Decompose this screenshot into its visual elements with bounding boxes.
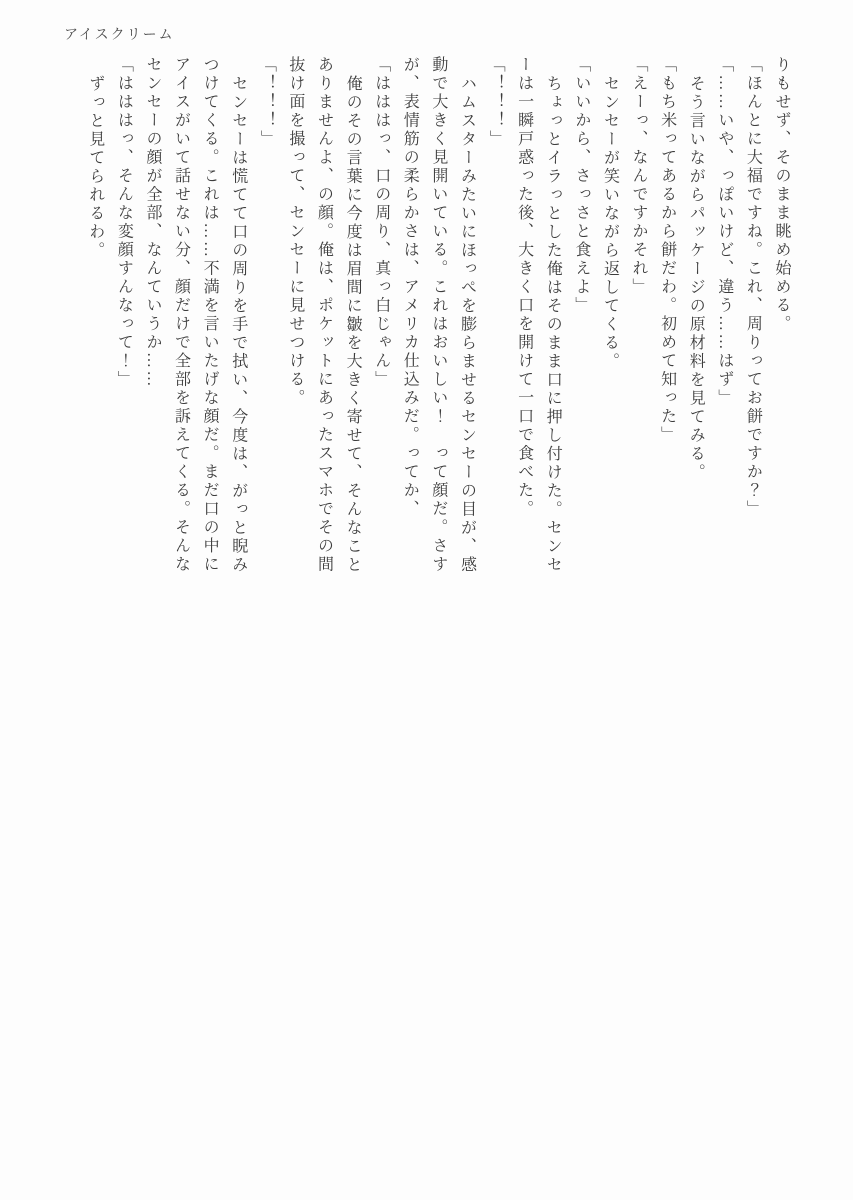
text-line: 「はははっ、そんな変顔すんなって！」 <box>109 56 138 580</box>
text-line: 「ほんとに大福ですね。これ、周りってお餅ですか？」 <box>738 56 767 580</box>
text-line: ちょっとイラっとした俺はそのまま口に押し付けた。センセ <box>538 56 567 580</box>
text-line: アイスがいて話せない分、顔だけで全部を訴えてくる。そんな <box>166 56 195 580</box>
text-line: りもせず、そのまま眺め始める。 <box>766 56 795 580</box>
text-line: 「はははっ、口の周り、真っ白じゃん」 <box>366 56 395 580</box>
text-line: ハムスターみたいにほっぺを膨らませるセンセーの目が、感 <box>452 56 481 580</box>
story-text: りもせず、そのまま眺め始める。「ほんとに大福ですね。これ、周りってお餅ですか？」… <box>80 56 795 580</box>
text-line: つけてくる。これは……不満を言いたげな顔だ。まだ口の中に <box>195 56 224 580</box>
text-line: ずっと見てられるわ。 <box>80 56 109 580</box>
text-line: 「！！！」 <box>252 56 281 580</box>
text-line: センセーが笑いながら返してくる。 <box>595 56 624 580</box>
text-line: 「いいから、さっさと食えよ」 <box>566 56 595 580</box>
text-line: 「……いや、っぽいけど、違う……はず」 <box>709 56 738 580</box>
text-line: そう言いながらパッケージの原材料を見てみる。 <box>681 56 710 580</box>
text-line: センセーは慌てて口の周りを手で拭い、今度は、がっと睨み <box>223 56 252 580</box>
text-line: 俺のその言葉に今度は眉間に皺を大きく寄せて、そんなこと <box>338 56 367 580</box>
page-title: アイスクリーム <box>64 24 175 44</box>
text-line: ありませんよ、の顔。俺は、ポケットにあったスマホでその間 <box>309 56 338 580</box>
text-line: が、表情筋の柔らかさは、アメリカ仕込みだ。ってか、 <box>395 56 424 580</box>
document-page: アイスクリーム りもせず、そのまま眺め始める。「ほんとに大福ですね。これ、周りっ… <box>0 0 853 1200</box>
text-line: ーは一瞬戸惑った後、大きく口を開けて一口で食べた。 <box>509 56 538 580</box>
text-line: センセーの顔が全部、なんていうか…… <box>137 56 166 580</box>
text-line: 抜け面を撮って、センセーに見せつける。 <box>280 56 309 580</box>
text-line: 動で大きく見開いている。これはおいしい！ って顔だ。さす <box>423 56 452 580</box>
text-line: 「もち米ってあるから餅だわ。初めて知った」 <box>652 56 681 580</box>
text-line: 「えーっ、なんですかそれ」 <box>623 56 652 580</box>
text-line: 「！！！」 <box>480 56 509 580</box>
